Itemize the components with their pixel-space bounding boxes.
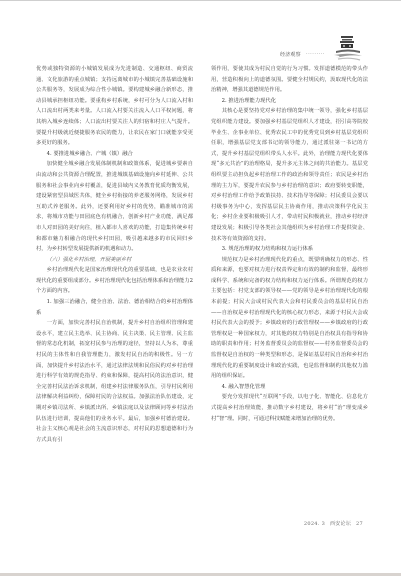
paragraph: 规范权力是乡村治理现代化的重点，既要明确权力的形态、性质和来源，也要对权力进行权… [211,255,368,382]
left-column: 优势或独特资源的小城镇发展成为先进制造、交通枢纽、商贸流通、文化旅游的重点城镇；… [36,64,193,524]
pavilion-logo-icon [332,34,364,64]
subsection-heading: 4. 融入智慧化管理 [211,382,368,393]
page-footer: 2024. 3 西安论坛 27 [301,520,363,527]
paragraph: 加快健全城乡融合发展体制机制和政策体系，促进城乡要素自由流动和公共资源合理配置，… [36,159,193,254]
paragraph: 领作用，要使其成为村民自觉的行为习惯。发挥道德模范的带头作用，营造积极向上的道德… [211,64,368,96]
top-border [0,0,401,1]
paragraph: 其核心是要坚持党对乡村治理的集中统一领导，强化乡村基层党组织能力建设。要加强乡村… [211,106,368,244]
page-number: 27 [356,521,363,527]
subsection-heading: 4. 要推进城乡融合、产城（镇）融合 [36,149,193,160]
paragraph: 乡村治理现代化是国家治理现代化的重要基础，也是农业农村现代化的重要组成部分。乡村… [36,265,193,297]
paragraph: 要充分发挥现代“互联网”手段，以电子化、智能化、信息化方式提高乡村治理效能，推动… [211,392,368,424]
page-header: 经济观察 ········· [270,34,370,64]
header-dots: ········· [306,51,325,57]
subsection-heading: 3. 规范治理的权力结构和权力运行体系 [211,244,368,255]
section-label: 经济观察 [280,51,301,58]
paragraph: 优势或独特资源的小城镇发展成为先进制造、交通枢纽、商贸流通、文化旅游的重点城镇；… [36,64,193,149]
subsection-heading: 1. 加强三治融合，健全自治、法治、德治相结合的乡村治理体系 [36,297,193,318]
article-body: 优势或独特资源的小城镇发展成为先进制造、交通枢纽、商贸流通、文化旅游的重点城镇；… [36,64,368,524]
subsection-heading: 2. 推进治理能力现代化 [211,96,368,107]
section-heading: （六）强化乡村治理，开展美丽乡村 [36,255,193,266]
right-column: 领作用，要使其成为村民自觉的行为习惯。发挥道德模范的带头作用，营造积极向上的道德… [211,64,368,524]
journal-name: 西安论坛 [330,521,351,527]
issue-label: 2024. 3 [304,521,325,527]
paragraph: 一方面，加快完善村民自治机制，提升乡村自治组织管理和建设水平，建立民主选举、民主… [36,318,193,445]
